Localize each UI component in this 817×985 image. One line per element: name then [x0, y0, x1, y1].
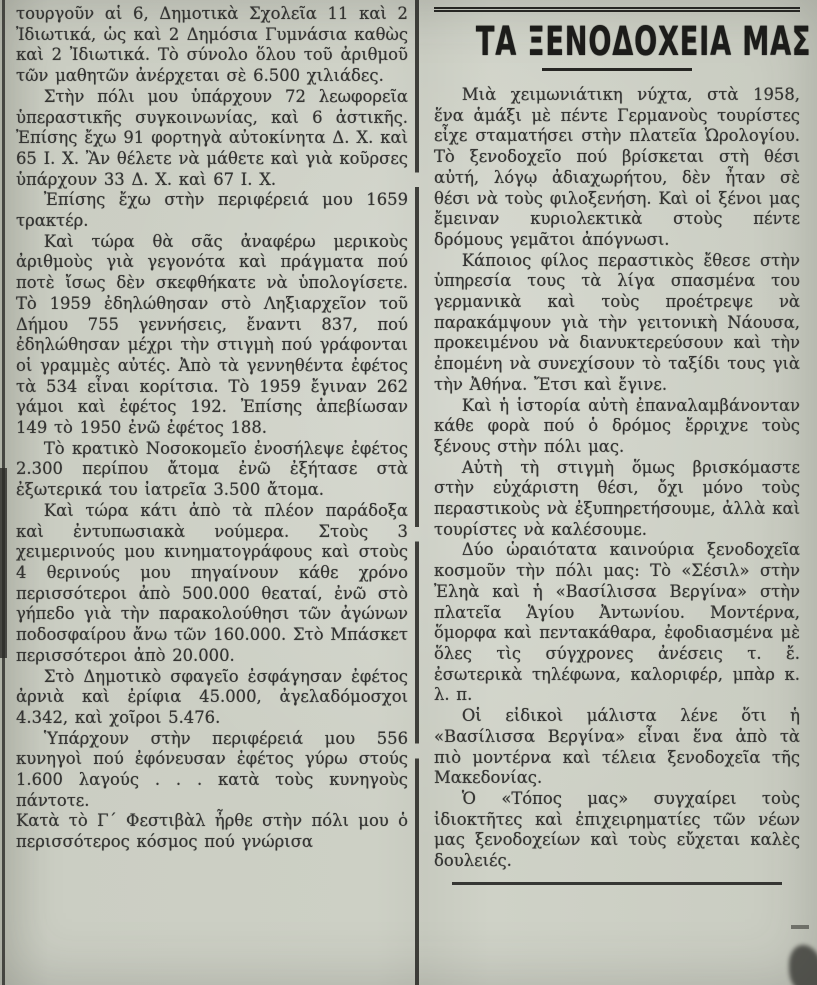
headline-top-rule	[434, 7, 800, 12]
article-paragraph: Καὶ ἡ ἱστορία αὐτὴ ἐπαναλαμβάνονταν κάθε…	[434, 396, 800, 458]
left-article-column: τουργοῦν αἱ 6, Δημοτικὰ Σχολεῖα 11 καὶ 2…	[16, 4, 408, 853]
article-paragraph: Ἐπίσης ἔχω στὴν περιφέρειά μου 1659 τρακ…	[16, 190, 408, 231]
article-paragraph: Κατὰ τὸ Γ΄ Φεστιβὰλ ἦρθε στὴν πόλι μου ὁ…	[16, 811, 408, 852]
article-headline: ΤΑ ΞΕΝΟΔΟΧΕΙΑ ΜΑΣ	[434, 22, 800, 62]
article-paragraph: Ὁ «Τόπος μας» συγχαίρει τοὺς ἰδιοκτῆτες …	[434, 789, 800, 872]
article-bottom-rule	[452, 882, 782, 885]
right-article-column: ΤΑ ΞΕΝΟΔΟΧΕΙΑ ΜΑΣ Μιὰ χειμωνιάτικη νύχτα…	[434, 0, 800, 885]
article-paragraph: Στὸ Δημοτικὸ σφαγεῖο ἐσφάγησαν ἐφέτος ἀρ…	[16, 667, 408, 729]
article-paragraph: Οἱ εἰδικοὶ μάλιστα λένε ὅτι ἡ «Βασίλισσα…	[434, 706, 800, 789]
article-paragraph: Καὶ τώρα κάτι ἀπὸ τὰ πλέον παράδοξα καὶ …	[16, 501, 408, 667]
article-paragraph: Κάποιος φίλος περαστικὸς ἔθεσε στὴν ὑπηρ…	[434, 251, 800, 396]
article-paragraph: Καὶ τώρα θὰ σᾶς ἀναφέρω μερικοὺς ἀριθμοὺ…	[16, 232, 408, 439]
headline-underline-rule	[542, 68, 692, 71]
newspaper-clipping-page: τουργοῦν αἱ 6, Δημοτικὰ Σχολεῖα 11 καὶ 2…	[0, 0, 817, 985]
scan-smudge	[789, 945, 817, 985]
article-paragraph: Ὑπάρχουν στὴν περιφέρειά μου 556 κυνηγοὶ…	[16, 729, 408, 812]
article-paragraph: Αὐτὴ τὴ στιγμὴ ὅμως βρισκόμαστε στὴν εὐχ…	[434, 458, 800, 541]
article-paragraph: Δύο ὡραιότατα καινούρια ξενοδοχεῖα κοσμο…	[434, 540, 800, 706]
article-paragraph: τουργοῦν αἱ 6, Δημοτικὰ Σχολεῖα 11 καὶ 2…	[16, 4, 408, 87]
scan-smudge	[791, 925, 809, 929]
column-divider-rule	[415, 0, 419, 985]
article-paragraph: Τὸ κρατικὸ Νοσοκομεῖο ἐνοσήλεψε ἐφέτος 2…	[16, 439, 408, 501]
left-page-edge-thick-rule	[0, 468, 7, 658]
article-paragraph: Στὴν πόλι μου ὑπάρχουν 72 λεωφορεῖα ὑπερ…	[16, 87, 408, 191]
article-paragraph: Μιὰ χειμωνιάτικη νύχτα, στὰ 1958, ἕνα ἁμ…	[434, 85, 800, 251]
